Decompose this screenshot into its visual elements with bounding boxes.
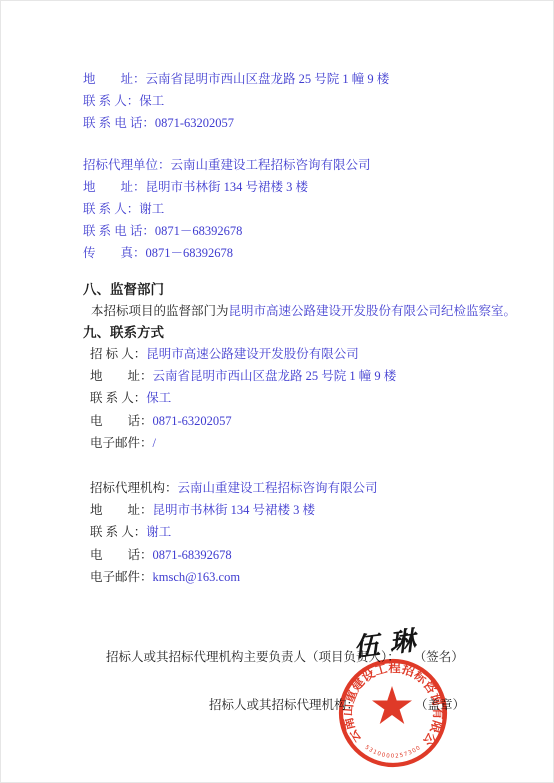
field-label: 电子邮件： xyxy=(90,436,153,450)
field-value: 昆明市书林街 134 号裙楼 3 楼 xyxy=(146,180,309,194)
section8-body-prefix: 本招标项目的监督部门为 xyxy=(91,304,229,318)
field-label: 电子邮件： xyxy=(90,570,153,584)
agency2-name-line: 招标代理机构：云南山重建设工程招标咨询有限公司 xyxy=(90,480,378,497)
field-value: 云南省昆明市西山区盘龙路 25 号院 1 幢 9 楼 xyxy=(146,72,390,86)
field-value: kmsch@163.com xyxy=(153,570,241,584)
agency-name-line: 招标代理单位：云南山重建设工程招标咨询有限公司 xyxy=(83,157,371,174)
field-value: 谢工 xyxy=(139,202,164,216)
seal-star-icon xyxy=(372,686,412,724)
bidder-phone-line: 电 话：0871-63202057 xyxy=(90,413,232,430)
field-label: 传 真： xyxy=(83,246,146,260)
field-label: 地 址： xyxy=(83,180,146,194)
field-value: 0871-68392678 xyxy=(153,548,232,562)
section8-body: 本招标项目的监督部门为昆明市高速公路建设开发股份有限公司纪检监察室。 xyxy=(91,303,516,320)
field-value: 0871－68392678 xyxy=(155,224,243,238)
tender-document-page: 地 址：云南省昆明市西山区盘龙路 25 号院 1 幢 9 楼 联 系 人：保工 … xyxy=(0,0,554,783)
bidder-contact-person-line: 联 系 人：保工 xyxy=(90,390,171,407)
field-value: 云南省昆明市西山区盘龙路 25 号院 1 幢 9 楼 xyxy=(153,369,397,383)
field-value: 0871-63202057 xyxy=(155,116,234,130)
field-value: 谢工 xyxy=(146,525,171,539)
agency-fax-line: 传 真：0871－68392678 xyxy=(83,245,233,262)
field-label: 联 系 电 话： xyxy=(83,116,155,130)
agency2-phone-line: 电 话：0871-68392678 xyxy=(90,547,232,564)
field-label: 地 址： xyxy=(90,503,153,517)
field-label: 电 话： xyxy=(90,414,153,428)
field-value: 保工 xyxy=(139,94,164,108)
field-value: 保工 xyxy=(146,391,171,405)
section9-heading: 九、联系方式 xyxy=(83,324,164,341)
agency-phone-line: 联 系 电 话：0871－68392678 xyxy=(83,223,242,240)
seal-serial-number: 5310000257300 xyxy=(364,745,423,760)
field-label: 地 址： xyxy=(90,369,153,383)
bidder-address-line: 地 址：云南省昆明市西山区盘龙路 25 号院 1 幢 9 楼 xyxy=(90,368,396,385)
section8-supervisor-name: 昆明市高速公路建设开发股份有限公司纪检监察室。 xyxy=(229,304,517,318)
agency-address-line: 地 址：昆明市书林街 134 号裙楼 3 楼 xyxy=(83,179,308,196)
field-label: 联 系 电 话： xyxy=(83,224,155,238)
field-label: 电 话： xyxy=(90,548,153,562)
owner-address-line: 地 址：云南省昆明市西山区盘龙路 25 号院 1 幢 9 楼 xyxy=(83,71,389,88)
field-label: 地 址： xyxy=(83,72,146,86)
field-label: 联 系 人： xyxy=(90,525,146,539)
field-value: / xyxy=(153,436,156,450)
field-label: 招标代理单位： xyxy=(83,158,171,172)
field-value: 0871－68392678 xyxy=(146,246,234,260)
owner-contact-person-line: 联 系 人：保工 xyxy=(83,93,164,110)
agency2-email-line: 电子邮件：kmsch@163.com xyxy=(90,569,240,586)
field-label: 联 系 人： xyxy=(90,391,146,405)
field-label: 联 系 人： xyxy=(83,94,139,108)
bidder-email-line: 电子邮件：/ xyxy=(90,435,156,452)
company-seal: 云南山重建设工程招标咨询有限公司 5310000257300 xyxy=(337,657,449,769)
agency2-contact-person-line: 联 系 人：谢工 xyxy=(90,524,171,541)
agency2-address-line: 地 址：昆明市书林街 134 号裙楼 3 楼 xyxy=(90,502,315,519)
section8-heading: 八、监督部门 xyxy=(83,281,164,298)
field-value: 昆明市书林街 134 号裙楼 3 楼 xyxy=(153,503,316,517)
agency-contact-person-line: 联 系 人：谢工 xyxy=(83,201,164,218)
field-value: 0871-63202057 xyxy=(153,414,232,428)
owner-phone-line: 联 系 电 话：0871-63202057 xyxy=(83,115,234,132)
field-value: 云南山重建设工程招标咨询有限公司 xyxy=(178,481,378,495)
field-label: 招标代理机构： xyxy=(90,481,178,495)
field-value: 昆明市高速公路建设开发股份有限公司 xyxy=(146,347,359,361)
field-label: 招 标 人： xyxy=(90,347,146,361)
field-value: 云南山重建设工程招标咨询有限公司 xyxy=(171,158,371,172)
field-label: 联 系 人： xyxy=(83,202,139,216)
bidder-name-line: 招 标 人：昆明市高速公路建设开发股份有限公司 xyxy=(90,346,359,363)
